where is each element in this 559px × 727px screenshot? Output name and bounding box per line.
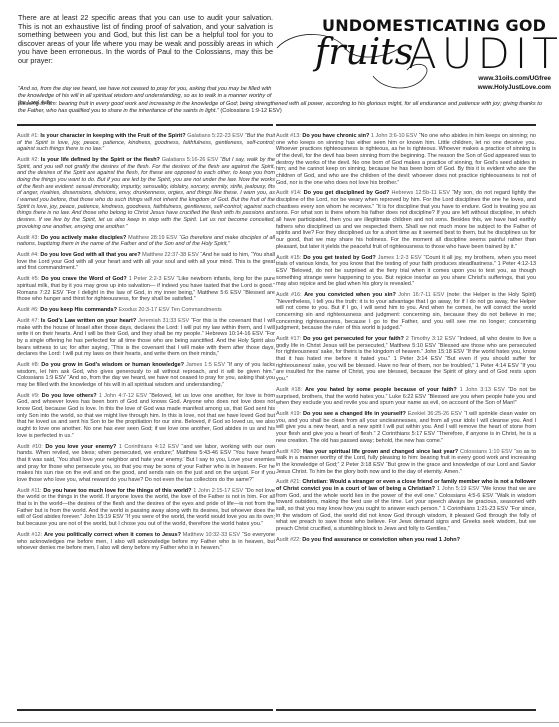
audit-question: Has your spiritual life grown and change… — [303, 449, 458, 455]
audit-label: Audit #6: — [17, 307, 40, 313]
audit-label: Audit #12: — [17, 532, 44, 538]
audit-item-9: Audit #9: Do you love others? 1 John 4:7… — [17, 393, 275, 440]
audit-label: Audit #22: — [276, 537, 302, 543]
audit-label: Audit #9: — [17, 393, 42, 399]
audit-question: Are you hated by some people because of … — [305, 387, 457, 393]
audit-label: Audit #16: — [276, 292, 304, 298]
audit-item-8: Audit #8: Do you grow in God’s wisdom or… — [17, 362, 275, 389]
audit-question: Do you love God with all that you are? — [40, 252, 140, 258]
audit-question: Is your life defined by the Spirit or th… — [41, 157, 160, 163]
audit-scripture: “Indeed, all who desire to live a godly … — [276, 336, 536, 382]
page-edge-line — [0, 722, 559, 723]
audit-question: Do you have chronic sin? — [302, 133, 369, 139]
audit-label: Audit #21: — [276, 479, 302, 485]
audit-question: Do you get tested by God? — [303, 255, 375, 261]
audit-reference: Matthew 28:19 ESV — [126, 235, 179, 241]
audit-item-22: Audit #22: Do you find assurance or conv… — [276, 537, 536, 544]
divider-top-right — [276, 124, 536, 126]
audit-label: Audit #14: — [276, 190, 304, 196]
audit-page: There are at least 22 specific areas tha… — [0, 0, 559, 727]
audit-scripture: “My son, do not regard lightly the disci… — [276, 190, 536, 249]
audit-label: Audit #10: — [17, 444, 45, 450]
audit-label: Audit #2: — [17, 157, 41, 163]
audit-question: Do you get disciplined by God? — [304, 190, 390, 196]
audit-reference: 1 John 5:19 ESV — [435, 486, 481, 492]
audit-scripture: “For this is the covenant that I will ma… — [17, 318, 275, 357]
audit-question: Do you find assurance or conviction when… — [302, 537, 460, 543]
audit-reference: John 16:7-11 ESV — [396, 292, 447, 298]
audit-question: Do you actively make disciples? — [41, 235, 127, 241]
audit-question: Do you have too much love for the things… — [43, 488, 191, 494]
audit-item-7: Audit #7: Is God’s Law written on your h… — [17, 318, 275, 358]
audit-label: Audit #20: — [276, 449, 303, 455]
audit-question: Do you crave the Word of God? — [41, 276, 126, 282]
intro-paragraph: There are at least 22 specific areas tha… — [18, 14, 273, 66]
audit-label: Audit #5: — [17, 276, 41, 282]
audit-item-19: Audit #19: Do you see a changed life in … — [276, 411, 536, 444]
audit-label: Audit #11: — [17, 488, 43, 494]
audit-label: Audit #7: — [17, 318, 41, 324]
audit-reference: Exodus 20:3-17 ESV Ten Commandments — [117, 307, 222, 313]
audit-item-2: Audit #2: Is your life defined by the Sp… — [17, 157, 275, 230]
audit-reference: 2 Timothy 3:12 ESV — [404, 336, 458, 342]
audit-reference: 1 John 3:6-10 ESV — [369, 133, 418, 139]
audit-reference: Matthew 22:37-38 ESV — [141, 252, 201, 258]
audit-item-13: Audit #13: Do you have chronic sin? 1 Jo… — [276, 133, 536, 186]
prayer-quote-reference: (Colossians 1:9-12 ESV) — [219, 108, 282, 114]
audit-reference: 1 Corinthians 4:12 ESV — [116, 444, 181, 450]
audit-label: Audit #18: — [276, 387, 305, 393]
audit-reference: Jeremiah 31:33 ESV — [136, 318, 191, 324]
audit-question: Do you love others? — [42, 393, 97, 399]
audit-question: Do you grow in God’s wisdom or human kno… — [41, 362, 184, 368]
audit-label: Audit #19: — [276, 411, 303, 417]
audit-item-20: Audit #20: Has your spiritual life grown… — [276, 449, 536, 476]
audit-scripture: “No one who abides in him keeps on sinni… — [276, 133, 536, 186]
audit-reference: James 1:2-3 ESV — [376, 255, 424, 261]
divider-bottom-left — [17, 709, 273, 711]
audit-column-left: Audit #1: Is your character in keeping w… — [17, 133, 275, 556]
audit-label: Audit #17: — [276, 336, 303, 342]
audit-item-10: Audit #10: Do you love your enemy? 1 Cor… — [17, 444, 275, 484]
audit-label: Audit #13: — [276, 133, 302, 139]
audit-item-16: Audit #16: Are you convicted when you si… — [276, 292, 536, 332]
logo-script-word: fruits — [315, 32, 413, 73]
audit-item-18: Audit #18: Are you hated by some people … — [276, 387, 536, 407]
audit-reference: James 1:5 ESV — [184, 362, 227, 368]
audit-label: Audit #4: — [17, 252, 40, 258]
audit-reference: 1 John 4:7-12 ESV — [97, 393, 150, 399]
audit-reference: Galatians 5:16-26 ESV — [160, 157, 220, 163]
audit-reference: Galatians 5:22-23 ESV — [186, 133, 245, 139]
audit-question: Do you keep His commands? — [40, 307, 117, 313]
audit-question: Is your character in keeping with the Fr… — [40, 133, 185, 139]
audit-label: Audit #3: — [17, 235, 41, 241]
audit-reference: Matthew 10:32-33 ESV — [181, 532, 242, 538]
audit-item-12: Audit #12: Are you politically correct w… — [17, 532, 275, 552]
audit-scripture: “and we labor, working with our own hand… — [17, 444, 275, 483]
audit-reference: 1 John 3:13 ESV — [457, 387, 508, 393]
audit-label: Audit #15: — [276, 255, 303, 261]
audit-label: Audit #8: — [17, 362, 41, 368]
audit-item-15: Audit #15: Do you get tested by God? Jam… — [276, 255, 536, 288]
audit-question: Is God’s Law written on your heart? — [41, 318, 136, 324]
audit-question: Do you love your enemy? — [45, 444, 116, 450]
audit-scripture: “But I say, walk by the Spirit, and you … — [17, 157, 275, 230]
audit-scripture: “Beloved, let us love one another, for l… — [17, 393, 275, 439]
audit-question: Are you convicted when you sin? — [304, 292, 396, 298]
audit-scripture: “We know that we are from God, and the w… — [276, 486, 536, 532]
audit-reference: Hebrews 12:5b-11 ESV — [389, 190, 452, 196]
audit-item-14: Audit #14: Do you get disciplined by God… — [276, 190, 536, 250]
audit-reference: Colossians 1:10 ESV — [458, 449, 514, 455]
prayer-quote-end: pleasing to him: bearing fruit in every … — [18, 101, 546, 115]
divider-top-left — [17, 124, 273, 126]
audit-reference: 1 Peter 2:2-3 ESV — [127, 276, 177, 282]
audit-item-4: Audit #4: Do you love God with all that … — [17, 252, 275, 272]
audit-item-11: Audit #11: Do you have too much love for… — [17, 488, 275, 528]
audit-question: Are you politically correct when it come… — [44, 532, 181, 538]
audit-item-5: Audit #5: Do you crave the Word of God? … — [17, 276, 275, 303]
audit-reference: 1 John 2:15-17 ESV — [192, 488, 245, 494]
website-link-31oils[interactable]: www.31oils.com/UGfree — [478, 75, 551, 82]
audit-item-1: Audit #1: Is your character in keeping w… — [17, 133, 275, 153]
audit-label: Audit #1: — [17, 133, 40, 139]
audit-question: Do you see a changed life in yourself? — [303, 411, 406, 417]
audit-question: Do you get persecuted for your faith? — [303, 336, 404, 342]
audit-item-21: Audit #21: Christian: Would a stranger o… — [276, 479, 536, 532]
divider-bottom-right — [276, 709, 536, 711]
audit-scripture: (note: the Helper is the Holy Spirit) “N… — [276, 292, 536, 331]
audit-item-6: Audit #6: Do you keep His commands? Exod… — [17, 307, 275, 314]
audit-scripture: “Do not love the world or the things in … — [17, 488, 275, 527]
audit-column-right: Audit #13: Do you have chronic sin? 1 Jo… — [276, 133, 536, 548]
website-link-holyjustlove[interactable]: www.HolyJustLove.com — [478, 84, 551, 91]
logo-audit-word: AUDIT — [408, 29, 559, 78]
audit-item-3: Audit #3: Do you actively make disciples… — [17, 235, 275, 248]
audit-reference: Ezekiel 36:25-26 ESV — [406, 411, 464, 417]
audit-item-17: Audit #17: Do you get persecuted for you… — [276, 336, 536, 383]
fruits-audit-logo: UNDOMESTICATING GOD fruits AUDIT www.31o… — [275, 8, 559, 98]
